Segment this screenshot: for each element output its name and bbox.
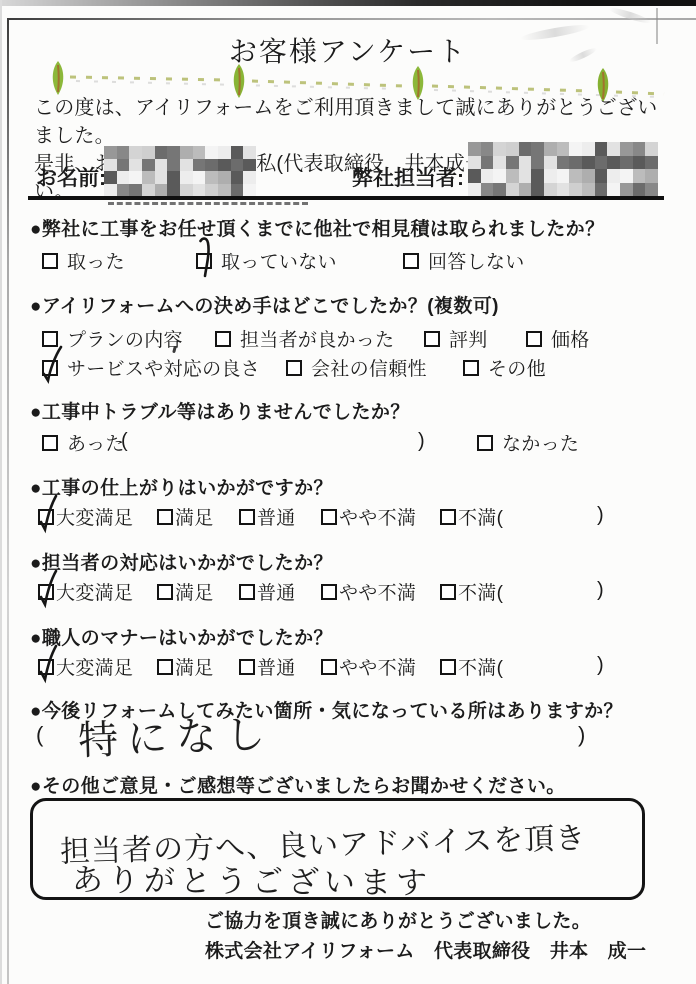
option-q5-satisfied: 満足: [157, 578, 214, 605]
question-4-text: ●工事の仕上がりはいかがですか？: [30, 473, 333, 500]
checkbox-checked: [38, 584, 54, 600]
option-q1-no-answer: 回答しない: [403, 247, 525, 274]
checkbox-unchecked: [42, 253, 58, 269]
checkbox-unchecked: [440, 659, 456, 675]
checkbox-unchecked: [321, 509, 337, 525]
q4-close-paren: ): [597, 504, 604, 527]
checkbox-unchecked: [42, 435, 58, 451]
q7-open-paren: (: [36, 722, 43, 748]
customer-name-label: お名前:: [36, 162, 106, 192]
checkbox-unchecked: [424, 331, 440, 347]
question-6-text: ●職人のマナーはいかがでしたか？: [30, 623, 333, 650]
checkbox-unchecked: [526, 331, 542, 347]
option-q5-very-satisfied: 大変満足: [38, 578, 133, 605]
scan-top-edge: [0, 0, 696, 6]
checkbox-unchecked: [321, 584, 337, 600]
question-6-options: 大変満足 満足 普通 やや不満 不満( ): [0, 653, 696, 679]
q5-close-paren: ): [597, 579, 604, 602]
q3-close-paren: ): [418, 430, 425, 453]
option-q2-trust: 会社の信頼性: [286, 354, 427, 381]
checkbox-unchecked: [157, 659, 173, 675]
option-q2-service: サービスや対応の良さ: [42, 354, 260, 381]
option-q1-did-not-take: 取っていない: [196, 247, 337, 274]
name-row-underline: [28, 196, 664, 200]
option-q2-plan: プランの内容: [42, 325, 183, 352]
option-q5-neutral: 普通: [239, 578, 296, 605]
option-q4-neutral: 普通: [239, 503, 296, 530]
question-3-text: ●工事中トラブル等はありませんでしたか？: [30, 397, 410, 424]
checkbox-checked: [38, 509, 54, 525]
question-2-text: ●アイリフォームへの決め手はどこでしたか？(複数可): [30, 291, 499, 318]
option-q3-no-trouble: なかった: [477, 429, 579, 456]
staff-name-label: 弊社担当者:: [352, 162, 464, 192]
q3-open-paren: (: [121, 430, 128, 453]
checkbox-unchecked: [239, 659, 255, 675]
option-q4-somewhat-dissatisfied: やや不満: [321, 503, 416, 530]
option-q6-dissatisfied: 不満(: [440, 653, 503, 680]
option-q6-satisfied: 満足: [157, 653, 214, 680]
name-row-dashed-line: [108, 202, 308, 205]
option-q4-very-satisfied: 大変満足: [38, 503, 133, 530]
checkbox-unchecked: [440, 509, 456, 525]
checkbox-unchecked: [403, 253, 419, 269]
checkbox-unchecked: [239, 584, 255, 600]
checkbox-unchecked: [42, 331, 58, 347]
option-q4-satisfied: 満足: [157, 503, 214, 530]
option-q3-had-trouble: あった: [42, 429, 125, 456]
question-2-options-row1: プランの内容 担当者が良かった 評判 価格: [0, 325, 696, 351]
customer-name-redaction-mosaic: [104, 146, 256, 196]
question-1-text: ●弊社に工事をお任せ頂くまでに他社で相見積は取られましたか？: [30, 214, 604, 241]
handwritten-check-icon: [194, 237, 220, 277]
footer-thanks-text: ご協力を頂き誠にありがとうございました。: [205, 906, 591, 933]
question-5-options: 大変満足 満足 普通 やや不満 不満( ): [0, 578, 696, 604]
checkbox-unchecked: [157, 584, 173, 600]
scan-frame-left-line: [7, 18, 9, 984]
scan-smudge: [608, 5, 652, 25]
checkbox-checked: [196, 253, 212, 269]
checkbox-unchecked: [477, 435, 493, 451]
option-q6-very-satisfied: 大変満足: [38, 653, 133, 680]
option-q1-took-estimate: 取った: [42, 247, 125, 274]
q6-close-paren: ): [597, 654, 604, 677]
footer-company-signature: 株式会社アイリフォーム 代表取締役 井本 成一: [205, 936, 646, 963]
checkbox-checked: [38, 659, 54, 675]
option-q6-somewhat-dissatisfied: やや不満: [321, 653, 416, 680]
checkbox-checked: [42, 360, 58, 376]
scanned-survey-document: お客様アンケート この度は、アイリフォームをご利用頂きまして誠にありがとうござい…: [0, 0, 696, 984]
checkbox-unchecked: [239, 509, 255, 525]
handwritten-answer-q7: 特になし: [77, 703, 275, 767]
checkbox-unchecked: [157, 509, 173, 525]
handwritten-comment-line2: ありがとうございます: [72, 854, 432, 902]
question-3-options: あった ( ) なかった: [0, 429, 696, 455]
checkbox-unchecked: [286, 360, 302, 376]
checkbox-unchecked: [463, 360, 479, 376]
option-q2-reputation: 評判: [424, 325, 488, 352]
q7-close-paren: ): [578, 722, 585, 748]
option-q5-dissatisfied: 不満(: [440, 578, 503, 605]
staff-name-redaction-mosaic: [468, 142, 658, 196]
option-q2-other: その他: [463, 354, 546, 381]
checkbox-unchecked: [440, 584, 456, 600]
option-q2-price: 価格: [526, 325, 590, 352]
question-1-options: 取った 取っていない 回答しない: [0, 247, 696, 273]
question-8-text: ●その他ご意見・ご感想等ございましたらお聞かせください。: [30, 771, 566, 798]
question-2-options-row2: サービスや対応の良さ 会社の信頼性 その他: [0, 354, 696, 380]
scan-left-edge: [0, 0, 2, 984]
option-q4-dissatisfied: 不満(: [440, 503, 503, 530]
scan-frame-top-line: [7, 18, 696, 20]
option-q6-neutral: 普通: [239, 653, 296, 680]
option-q5-somewhat-dissatisfied: やや不満: [321, 578, 416, 605]
question-4-options: 大変満足 満足 普通 やや不満 不満( ): [0, 503, 696, 529]
option-q2-good-staff: 担当者が良かった: [215, 325, 394, 352]
checkbox-unchecked: [215, 331, 231, 347]
question-5-text: ●担当者の対応はいかがでしたか？: [30, 548, 333, 575]
checkbox-unchecked: [321, 659, 337, 675]
